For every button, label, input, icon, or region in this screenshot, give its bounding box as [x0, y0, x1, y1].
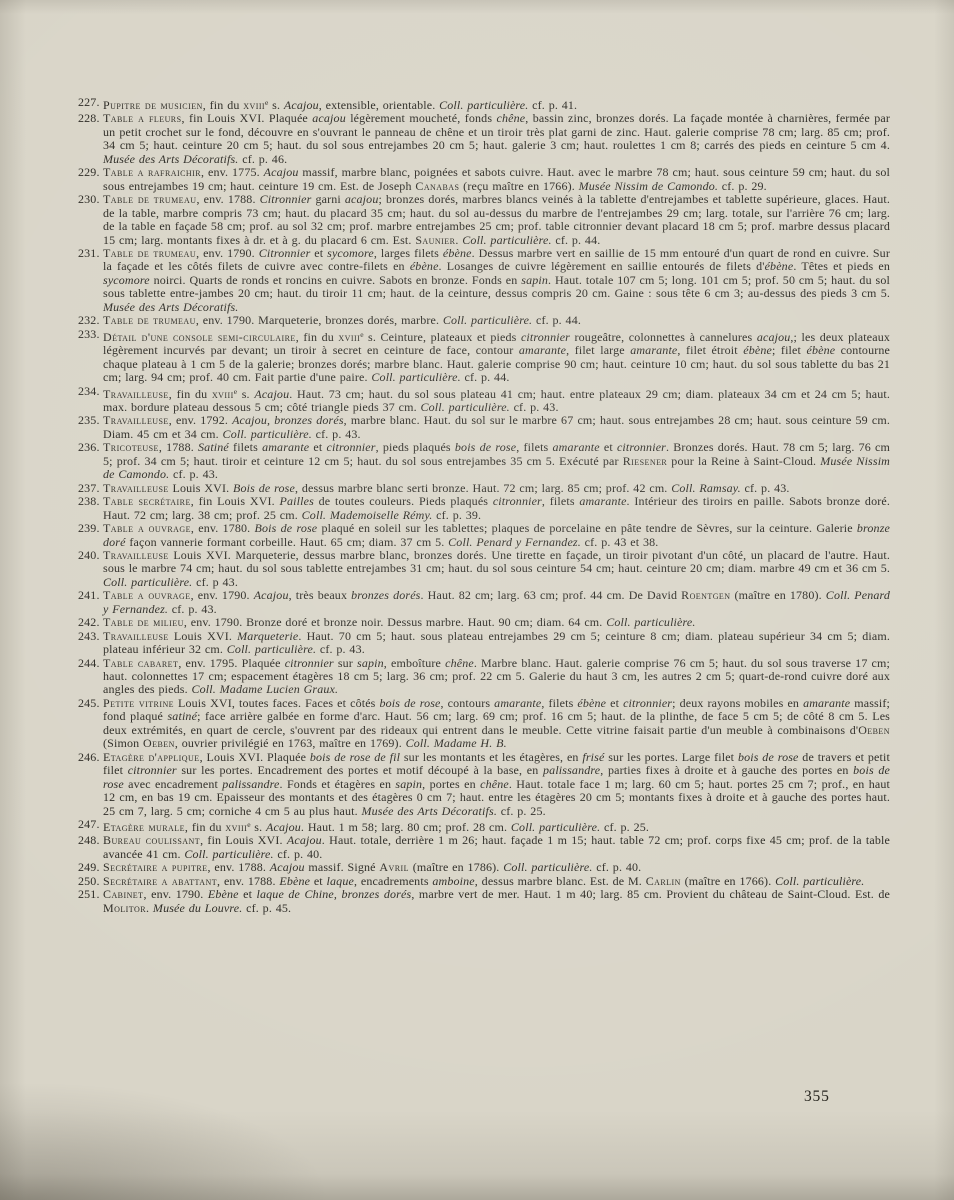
entry-text-segment: Riesener: [623, 454, 668, 468]
entry-text-segment: cf. p. 43.: [741, 481, 790, 495]
entry-text-segment: Coll. particulière.: [503, 860, 592, 874]
entry-text: Travailleuse Louis XVI. Bois de rose, de…: [103, 482, 890, 495]
entry-text-segment: , dessus marbre blanc. Est. de M.: [475, 874, 646, 888]
entry-text-segment: avec encadrement: [124, 777, 222, 791]
entry-text-segment: Musée des Arts Décoratifs.: [103, 300, 238, 314]
entry-text-segment: , fin du: [296, 330, 339, 344]
entry-text-segment: ébène: [743, 343, 772, 357]
entry-text-segment: Table cabaret: [103, 656, 178, 670]
entry-text-segment: s.: [251, 820, 266, 834]
entry-text-segment: ébène: [765, 259, 794, 273]
catalog-entry: 240.Travailleuse Louis XVI. Marqueterie,…: [78, 549, 890, 589]
entry-text-segment: , larges filets: [374, 246, 443, 260]
scanned-book-page: { "page_number": "355", "entries": [ {"n…: [0, 0, 954, 1200]
entry-text-segment: palissandre: [222, 777, 279, 791]
entry-text-segment: légèrement moucheté, fonds: [346, 111, 497, 125]
catalog-entry: 249.Secrétaire a pupitre, env. 1788. Aca…: [78, 861, 890, 874]
catalog-entry: 244.Table cabaret, env. 1795. Plaquée ci…: [78, 657, 890, 697]
entry-text: Travailleuse Louis XVI. Marqueterie. Hau…: [103, 630, 890, 657]
entry-text-segment: s. Ceinture, plateaux et pieds: [364, 330, 521, 344]
entry-number: 231.: [78, 247, 103, 314]
entry-text-segment: Cabinet: [103, 887, 143, 901]
catalog-entry: 251.Cabinet, env. 1790. Ebène et laque d…: [78, 888, 890, 915]
entry-text-segment: citronnier: [623, 696, 672, 710]
entry-text-segment: ébène: [806, 343, 835, 357]
entry-text-segment: cf. p. 39.: [432, 508, 481, 522]
entry-text-segment: sapin: [357, 656, 384, 670]
catalog-entry: 241.Table a ouvrage, env. 1790. Acajou, …: [78, 589, 890, 616]
entry-text-segment: , env. 1790. Marqueterie, bronzes dorés,…: [196, 313, 443, 327]
entry-text-segment: Avril: [379, 860, 409, 874]
entry-text-segment: citronnier: [128, 763, 177, 777]
entry-text-segment: Acajou: [254, 387, 289, 401]
entry-text-segment: Coll. Madame Lucien Graux.: [191, 682, 338, 696]
entry-text-segment: (maître en 1766).: [681, 874, 775, 888]
catalog-entry: 230.Table de trumeau, env. 1788. Citronn…: [78, 193, 890, 247]
entry-text-segment: Coll. particulière.: [227, 642, 316, 656]
entry-text: Pupitre de musicien, fin du xviiie s. Ac…: [103, 96, 890, 112]
entry-text-segment: Travailleuse: [103, 413, 169, 427]
entry-text-segment: amarante: [262, 440, 309, 454]
entry-text-segment: Pailles: [280, 494, 314, 508]
entry-text-segment: laque de Chine, bronzes dorés: [257, 887, 412, 901]
entry-text: Table de trumeau, env. 1790. Citronnier …: [103, 247, 890, 314]
entry-text-segment: Table a ouvrage: [103, 521, 191, 535]
entry-text-segment: Travailleuse: [103, 548, 169, 562]
entry-text: Travailleuse Louis XVI. Marqueterie, des…: [103, 549, 890, 589]
entry-text-segment: . Fonds et étagères en: [280, 777, 396, 791]
entry-text-segment: Coll. particulière.: [775, 874, 864, 888]
entry-text-segment: Musée du Louvre.: [153, 901, 242, 915]
entry-text-segment: , filets: [541, 696, 577, 710]
entry-text-segment: Table a rafraichir: [103, 165, 201, 179]
entry-text-segment: acajou: [312, 111, 346, 125]
entry-number: 229.: [78, 166, 103, 193]
entry-text-segment: , fin du: [185, 820, 225, 834]
entry-text-segment: xviii: [338, 330, 360, 344]
entry-text-segment: Louis XVI, toutes faces. Faces et côtés: [174, 696, 379, 710]
entry-text: Tricoteuse, 1788. Satiné filets amarante…: [103, 441, 890, 481]
entry-text-segment: bois de rose: [379, 696, 440, 710]
entry-text-segment: Marqueterie: [237, 629, 298, 643]
entry-number: 235.: [78, 414, 103, 441]
entry-text-segment: cf. p. 46.: [238, 152, 287, 166]
entry-text-segment: Travailleuse: [103, 481, 169, 495]
entry-text-segment: cf. p. 29.: [718, 179, 767, 193]
entry-text-segment: Coll. Penard y Fernandez.: [448, 535, 581, 549]
entry-text-segment: Carlin: [646, 874, 681, 888]
entry-text-segment: Oeben: [143, 736, 175, 750]
entry-text-segment: ; deux rayons mobiles en: [672, 696, 803, 710]
entry-text-segment: noirci. Quarts de ronds et roncins en cu…: [150, 273, 522, 287]
entry-text: Table de milieu, env. 1790. Bronze doré …: [103, 616, 890, 629]
entry-text-segment: , env. 1795. Plaquée: [178, 656, 284, 670]
entry-text-segment: de toutes couleurs. Pieds plaqués: [314, 494, 493, 508]
entry-text-segment: Louis XVI.: [169, 629, 237, 643]
entry-text-segment: cf. p. 44.: [532, 313, 581, 327]
entry-text: Détail d'une console semi-circulaire, fi…: [103, 328, 890, 385]
entry-text-segment: amarante: [579, 494, 626, 508]
entry-text-segment: cf. p. 43.: [169, 467, 218, 481]
entry-text-segment: acajou: [757, 330, 791, 344]
entry-text: Travailleuse, env. 1792. Acajou, bronzes…: [103, 414, 890, 441]
catalog-entry: 250.Secrétaire a abattant, env. 1788. Eb…: [78, 875, 890, 888]
entry-text-segment: chêne: [497, 111, 526, 125]
entry-text-segment: Coll. particulière.: [223, 427, 312, 441]
entry-text-segment: cf. p 43.: [192, 575, 238, 589]
catalog-entry: 247.Etagère murale, fin du xviiie s. Aca…: [78, 818, 890, 834]
catalog-entry: 236.Tricoteuse, 1788. Satiné filets amar…: [78, 441, 890, 481]
entry-text-segment: , ouvrier privilégié en 1763, maître en …: [175, 736, 406, 750]
entry-text-segment: acajou: [345, 192, 379, 206]
entry-text-segment: sur les portes. Encadrement des portes e…: [177, 763, 543, 777]
entry-text: Table de trumeau, env. 1790. Marqueterie…: [103, 314, 890, 327]
catalog-entry: 232.Table de trumeau, env. 1790. Marquet…: [78, 314, 890, 327]
entry-text-segment: bois de rose de fil: [310, 750, 400, 764]
entry-text-segment: .: [146, 901, 153, 915]
entry-number: 244.: [78, 657, 103, 697]
entry-text-segment: , fin Louis XVI.: [200, 833, 287, 847]
entry-text-segment: cf. p. 43.: [510, 400, 559, 414]
catalog-entry: 245.Petite vitrine Louis XVI, toutes fac…: [78, 697, 890, 751]
entry-text-segment: Coll. Madame H. B.: [406, 736, 507, 750]
entry-text-segment: Ebène: [208, 887, 239, 901]
entry-text-segment: , encadrements: [354, 874, 432, 888]
entry-text-segment: , contours: [441, 696, 495, 710]
entry-text-segment: Musée des Arts Décoratifs.: [362, 804, 497, 818]
entry-text-segment: , emboîture: [384, 656, 445, 670]
entry-text-segment: palissandre: [543, 763, 600, 777]
entry-text-segment: , fin du: [169, 387, 212, 401]
entry-text-segment: . Haut. 82 cm; larg. 63 cm; prof. 44 cm.…: [421, 588, 682, 602]
entry-text-segment: bronzes dorés: [351, 588, 420, 602]
entry-text-segment: s.: [268, 98, 283, 112]
entry-text-segment: Coll. Mademoiselle Rémy.: [302, 508, 433, 522]
catalog-entry: 242.Table de milieu, env. 1790. Bronze d…: [78, 616, 890, 629]
entry-text-segment: xviii: [225, 820, 247, 834]
entry-text-segment: Roentgen: [681, 588, 730, 602]
entry-number: 234.: [78, 385, 103, 415]
entry-text-segment: Table a fleurs: [103, 111, 182, 125]
entry-text-segment: sycomore: [103, 273, 150, 287]
entry-text-segment: cf. p. 43.: [316, 642, 365, 656]
entry-text-segment: cf. p. 41.: [528, 98, 577, 112]
entry-text: Table a rafraichir, env. 1775. Acajou ma…: [103, 166, 890, 193]
entry-text-segment: et: [600, 440, 617, 454]
entry-text-segment: sapin: [395, 777, 422, 791]
entry-text-segment: ; filet: [772, 343, 806, 357]
entry-text-segment: , marbre vert de mer. Haut. 1 m 40; larg…: [411, 887, 890, 901]
entry-text-segment: Bureau coulissant: [103, 833, 200, 847]
entry-text-segment: Table de trumeau: [103, 192, 196, 206]
entry-text-segment: Acajou, bronzes dorés: [232, 413, 344, 427]
entry-text-segment: cf. p. 40.: [593, 860, 642, 874]
entry-text-segment: , fin du: [203, 98, 243, 112]
entry-number: 241.: [78, 589, 103, 616]
entry-number: 232.: [78, 314, 103, 327]
entry-text-segment: Secrétaire a abattant: [103, 874, 217, 888]
entry-text: Secrétaire a abattant, env. 1788. Ebène …: [103, 875, 890, 888]
entry-text-segment: Acajou: [264, 165, 299, 179]
page-number: 355: [804, 1088, 830, 1106]
entry-number: 236.: [78, 441, 103, 481]
entry-text-segment: garni: [311, 192, 345, 206]
entry-text-segment: plaqué en soleil sur les tablettes; plaq…: [317, 521, 857, 535]
entry-text-segment: Louis XVI. Marqueterie, dessus marbre bl…: [103, 548, 890, 575]
entry-text-segment: amarante: [519, 343, 566, 357]
catalog-entry: 234.Travailleuse, fin du xviiie s. Acajo…: [78, 385, 890, 415]
entry-text-segment: (maître en 1780).: [731, 588, 826, 602]
entry-text-segment: cf. p. 25.: [600, 820, 649, 834]
catalog-entry: 238.Table secrétaire, fin Louis XVI. Pai…: [78, 495, 890, 522]
entry-text-segment: xviii: [212, 387, 234, 401]
entry-text-segment: laque: [327, 874, 354, 888]
entry-text-segment: et: [239, 887, 257, 901]
entry-text: Table secrétaire, fin Louis XVI. Pailles…: [103, 495, 890, 522]
entry-text-segment: s.: [237, 387, 254, 401]
entry-text-segment: citronnier: [617, 440, 666, 454]
entry-number: 240.: [78, 549, 103, 589]
entry-number: 227.: [78, 96, 103, 112]
entry-text-segment: Satiné: [198, 440, 229, 454]
entry-text-segment: , portes en: [422, 777, 480, 791]
entry-text: Secrétaire a pupitre, env. 1788. Acajou …: [103, 861, 890, 874]
entry-text-segment: Acajou: [270, 860, 305, 874]
entry-number: 233.: [78, 328, 103, 385]
entry-number: 228.: [78, 112, 103, 166]
catalog-entry: 228.Table a fleurs, fin Louis XVI. Plaqu…: [78, 112, 890, 166]
entry-number: 239.: [78, 522, 103, 549]
catalog-entry: 235.Travailleuse, env. 1792. Acajou, bro…: [78, 414, 890, 441]
entry-text-segment: sur les portes. Large filet: [604, 750, 737, 764]
entry-text-segment: cf. p. 40.: [274, 847, 323, 861]
entry-text-segment: cf. p. 25.: [497, 804, 546, 818]
entry-number: 249.: [78, 861, 103, 874]
entry-text-segment: filets: [229, 440, 262, 454]
entry-text-segment: , très beaux: [289, 588, 352, 602]
catalog-entry: 227.Pupitre de musicien, fin du xviiie s…: [78, 96, 890, 112]
entry-text-segment: Canabas: [415, 179, 459, 193]
entry-text-segment: cf. p. 45.: [242, 901, 291, 915]
entry-text-segment: , fin Louis XVI. Plaquée: [182, 111, 313, 125]
catalog-entry: 237.Travailleuse Louis XVI. Bois de rose…: [78, 482, 890, 495]
entry-text-segment: Ebène: [279, 874, 310, 888]
entry-text-segment: , Louis XVI. Plaquée: [200, 750, 310, 764]
entry-text-segment: Coll. particulière.: [371, 370, 460, 384]
entry-number: 245.: [78, 697, 103, 751]
entry-text-segment: , pieds plaqués: [376, 440, 455, 454]
entry-text-segment: , extensible, orientable.: [319, 98, 439, 112]
entry-text-segment: , 1788.: [159, 440, 198, 454]
entry-text-segment: Pupitre de musicien: [103, 98, 203, 112]
entry-text-segment: , env. 1780.: [191, 521, 255, 535]
entry-number: 237.: [78, 482, 103, 495]
entry-text-segment: sur les montants et les étagères, en: [400, 750, 582, 764]
entry-text-segment: Table secrétaire: [103, 494, 191, 508]
entry-text-segment: , env. 1790.: [143, 887, 207, 901]
entry-text-segment: Louis XVI.: [169, 481, 233, 495]
entry-text-segment: Acajou: [266, 820, 301, 834]
entry-text-segment: Coll. particulière.: [103, 575, 192, 589]
entry-text-segment: et: [310, 874, 326, 888]
catalog-entry: 233.Détail d'une console semi-circulaire…: [78, 328, 890, 385]
entry-text-segment: amarante: [803, 696, 850, 710]
entry-text-segment: , env. 1790.: [191, 588, 254, 602]
entry-text-segment: Coll. particulière.: [439, 98, 528, 112]
entry-text-segment: . Têtes et pieds en: [793, 259, 890, 273]
entry-text-segment: , filets: [516, 440, 552, 454]
entry-text-segment: Musée Nissim de Camondo.: [579, 179, 718, 193]
entry-text-segment: Etagère d'applique: [103, 750, 200, 764]
entry-text-segment: Tricoteuse: [103, 440, 159, 454]
entry-text: Table de trumeau, env. 1788. Citronnier …: [103, 193, 890, 247]
entry-text-segment: , env. 1790. Bronze doré et bronze noir.…: [184, 615, 606, 629]
entry-text-segment: Acajou: [254, 588, 289, 602]
entry-text-segment: pour la Reine à Saint-Cloud.: [667, 454, 820, 468]
entry-text-segment: ébène: [410, 259, 439, 273]
entry-text: Table a ouvrage, env. 1780. Bois de rose…: [103, 522, 890, 549]
entry-text-segment: Petite vitrine: [103, 696, 174, 710]
entry-text: Travailleuse, fin du xviiie s. Acajou. H…: [103, 385, 890, 415]
entry-text-segment: chêne: [480, 777, 509, 791]
entry-text-segment: Coll. Ramsay.: [671, 481, 741, 495]
entry-number: 248.: [78, 834, 103, 861]
entry-text-segment: Bois de rose: [255, 521, 318, 535]
entry-text: Bureau coulissant, fin Louis XVI. Acajou…: [103, 834, 890, 861]
entry-text-segment: amarante: [630, 343, 677, 357]
entry-text-segment: citronnier: [521, 330, 570, 344]
catalog-entry: 229.Table a rafraichir, env. 1775. Acajo…: [78, 166, 890, 193]
entry-number: 238.: [78, 495, 103, 522]
entry-text-segment: , fin Louis XVI.: [191, 494, 280, 508]
entry-text-segment: façon vannerie formant corbeille. Haut. …: [126, 535, 449, 549]
entry-text-segment: ; face arrière galbée en forme d'arc. Ha…: [103, 709, 890, 736]
catalog-list: 227.Pupitre de musicien, fin du xviiie s…: [0, 96, 954, 915]
entry-text-segment: (Simon: [103, 736, 143, 750]
entry-text-segment: cf. p. 44.: [552, 233, 601, 247]
entry-text-segment: amarante: [494, 696, 541, 710]
entry-text: Petite vitrine Louis XVI, toutes faces. …: [103, 697, 890, 751]
catalog-entry: 246.Etagère d'applique, Louis XVI. Plaqu…: [78, 751, 890, 818]
entry-text-segment: ébène: [577, 696, 606, 710]
catalog-entry: 239.Table a ouvrage, env. 1780. Bois de …: [78, 522, 890, 549]
entry-text-segment: , dessus marbre blanc serti bronze. Haut…: [295, 481, 671, 495]
entry-text-segment: , filet étroit: [677, 343, 743, 357]
entry-text-segment: , filets: [542, 494, 579, 508]
entry-text-segment: , env. 1788.: [217, 874, 279, 888]
entry-text-segment: Secrétaire a pupitre: [103, 860, 207, 874]
entry-text-segment: Table de trumeau: [103, 313, 196, 327]
entry-text-segment: sycomore: [327, 246, 374, 260]
entry-text-segment: et: [310, 246, 327, 260]
entry-text-segment: , env. 1790.: [196, 246, 259, 260]
entry-text-segment: massif. Signé: [305, 860, 380, 874]
entry-text-segment: , env. 1792.: [169, 413, 232, 427]
entry-text-segment: rougeâtre, colonnettes à cannelures: [570, 330, 757, 344]
entry-text-segment: , env. 1788.: [207, 860, 269, 874]
entry-text-segment: et: [309, 440, 326, 454]
entry-number: 246.: [78, 751, 103, 818]
entry-text-segment: citronnier: [493, 494, 542, 508]
entry-text-segment: Table de trumeau: [103, 246, 196, 260]
entry-text-segment: Saunier: [415, 233, 455, 247]
entry-text-segment: (reçu maître en 1766).: [459, 179, 578, 193]
entry-text-segment: Acajou: [284, 98, 319, 112]
entry-text-segment: Molitor: [103, 901, 146, 915]
entry-text-segment: Acajou: [287, 833, 322, 847]
catalog-entry: 248.Bureau coulissant, fin Louis XVI. Ac…: [78, 834, 890, 861]
entry-number: 247.: [78, 818, 103, 834]
entry-text-segment: cf. p. 44.: [461, 370, 510, 384]
catalog-entry: 243.Travailleuse Louis XVI. Marqueterie.…: [78, 630, 890, 657]
entry-number: 250.: [78, 875, 103, 888]
entry-text: Table cabaret, env. 1795. Plaquée citron…: [103, 657, 890, 697]
entry-text-segment: Coll. particulière.: [511, 820, 600, 834]
entry-text: Etagère murale, fin du xviiie s. Acajou.…: [103, 818, 890, 834]
entry-text-segment: Citronnier: [260, 192, 312, 206]
entry-text-segment: cf. p. 43.: [168, 602, 217, 616]
entry-text-segment: Etagère murale: [103, 820, 185, 834]
entry-text-segment: , env. 1788.: [196, 192, 259, 206]
entry-text-segment: Coll. particulière.: [184, 847, 273, 861]
entry-text-segment: bois de rose: [455, 440, 516, 454]
entry-text-segment: ébène: [443, 246, 472, 260]
entry-text: Table a ouvrage, env. 1790. Acajou, très…: [103, 589, 890, 616]
entry-text-segment: citronnier: [285, 656, 334, 670]
entry-text: Cabinet, env. 1790. Ebène et laque de Ch…: [103, 888, 890, 915]
entry-text-segment: Travailleuse: [103, 629, 169, 643]
entry-text-segment: Oeben: [858, 723, 890, 737]
entry-text-segment: Bois de rose: [233, 481, 295, 495]
entry-text-segment: Citronnier: [259, 246, 311, 260]
entry-text-segment: Travailleuse: [103, 387, 169, 401]
entry-text-segment: cf. p. 43 et 38.: [581, 535, 659, 549]
entry-text-segment: Coll. particulière.: [420, 400, 509, 414]
entry-text-segment: Détail d'une console semi-circulaire: [103, 330, 296, 344]
catalog-entry: 231.Table de trumeau, env. 1790. Citronn…: [78, 247, 890, 314]
entry-text-segment: chêne: [445, 656, 474, 670]
entry-text-segment: sapin: [521, 273, 548, 287]
entry-text-segment: . Haut. 1 m 58; larg. 80 cm; prof. 28 cm…: [301, 820, 511, 834]
entry-text-segment: Coll. particulière.: [606, 615, 695, 629]
entry-text-segment: Musée des Arts Décoratifs.: [103, 152, 238, 166]
entry-text: Table a fleurs, fin Louis XVI. Plaquée a…: [103, 112, 890, 166]
entry-text-segment: , filet large: [566, 343, 630, 357]
entry-text-segment: , parties fixes à droite et à gauche des…: [600, 763, 853, 777]
entry-text-segment: frisé: [582, 750, 604, 764]
entry-text-segment: xviii: [243, 98, 265, 112]
entry-text-segment: sur: [334, 656, 357, 670]
entry-text-segment: citronnier: [327, 440, 376, 454]
entry-text-segment: amarante: [553, 440, 600, 454]
entry-text-segment: bois de rose: [738, 750, 799, 764]
entry-number: 251.: [78, 888, 103, 915]
entry-text-segment: (maître en 1786).: [409, 860, 503, 874]
entry-text: Etagère d'applique, Louis XVI. Plaquée b…: [103, 751, 890, 818]
entry-text-segment: Coll. particulière.: [443, 313, 532, 327]
entry-text-segment: cf. p. 43.: [312, 427, 361, 441]
entry-text-segment: , env. 1775.: [201, 165, 264, 179]
entry-text-segment: Coll. particulière.: [462, 233, 551, 247]
entry-text-segment: amboine: [432, 874, 474, 888]
entry-text-segment: Table de milieu: [103, 615, 184, 629]
entry-number: 242.: [78, 616, 103, 629]
entry-text-segment: . Losanges de cuivre légèrement en saill…: [439, 259, 765, 273]
entry-number: 243.: [78, 630, 103, 657]
entry-text-segment: Table a ouvrage: [103, 588, 191, 602]
entry-text-segment: et: [606, 696, 623, 710]
entry-text-segment: satiné: [167, 709, 197, 723]
